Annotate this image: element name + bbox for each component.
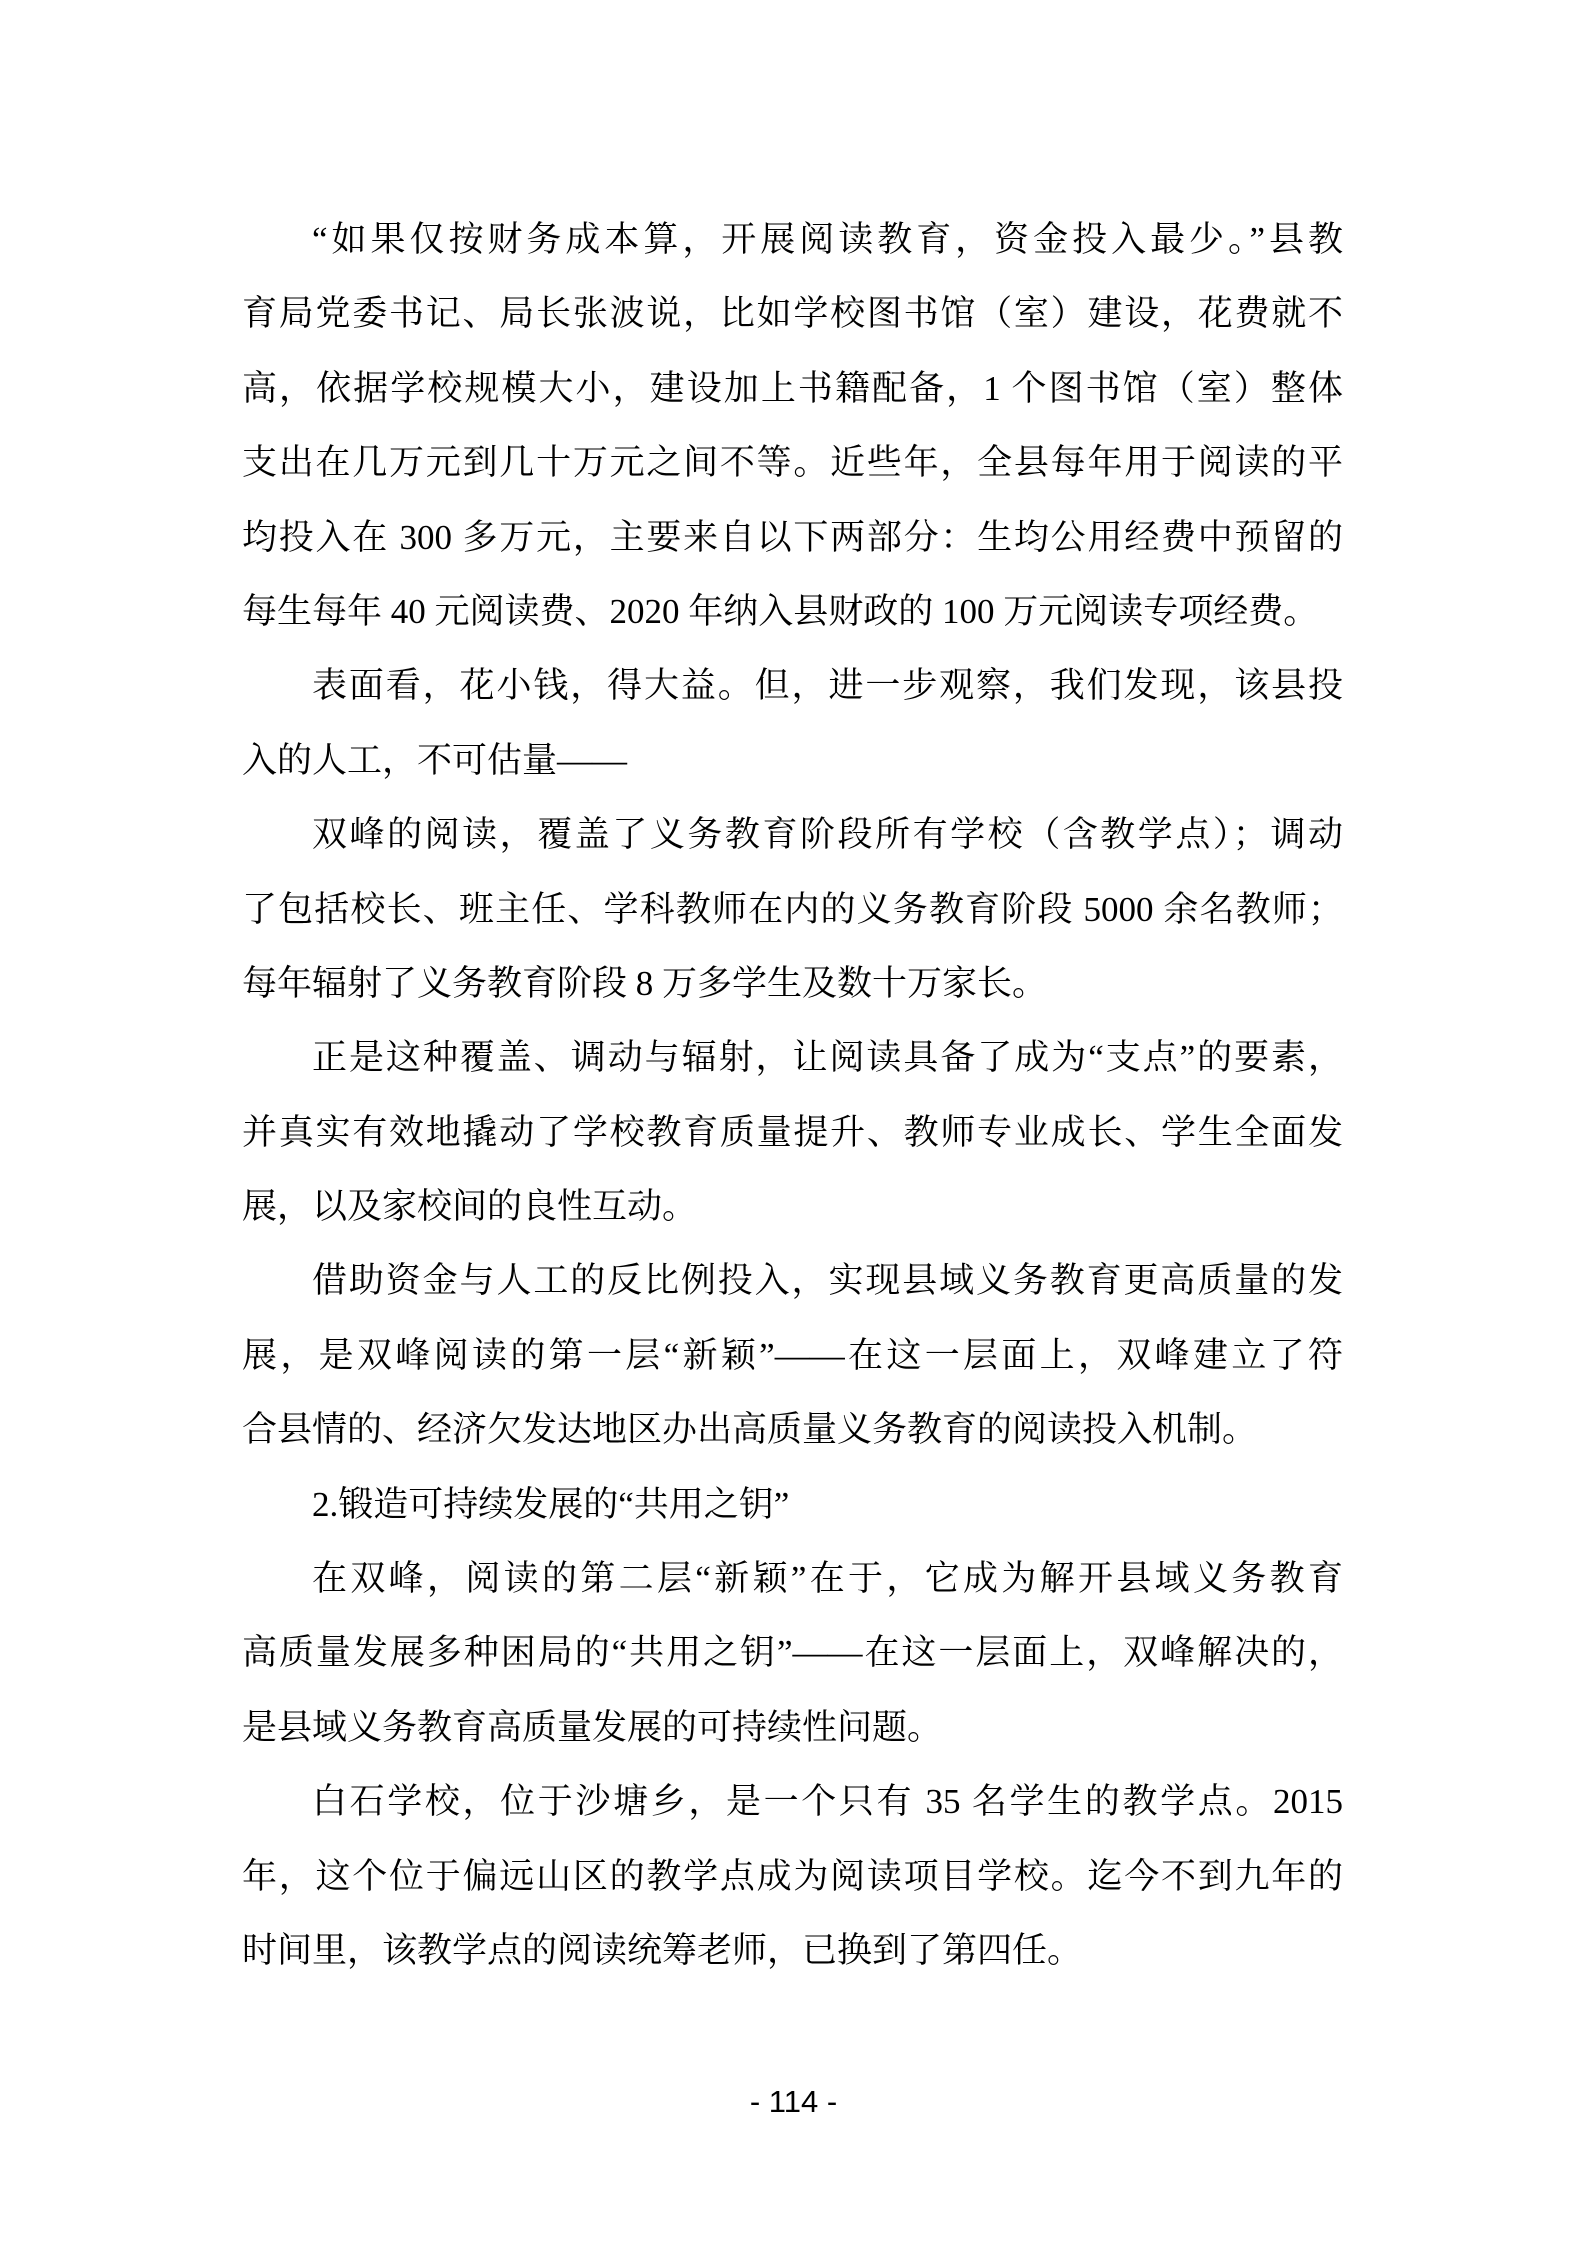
paragraph: “如果仅按财务成本算，开展阅读教育，资金投入最少。”县教育局党委书记、局长张波说… — [242, 203, 1343, 649]
text-line: “如果仅按财务成本算，开展阅读教育，资金投入最少。”县教 — [242, 203, 1343, 277]
text-line: 展，以及家校间的良性互动。 — [242, 1170, 1343, 1244]
text-line: 2.锻造可持续发展的“共用之钥” — [242, 1468, 1343, 1542]
paragraph: 2.锻造可持续发展的“共用之钥” — [242, 1468, 1343, 1542]
text-line: 在双峰，阅读的第二层“新颖”在于，它成为解开县域义务教育 — [242, 1542, 1343, 1616]
text-line: 借助资金与人工的反比例投入，实现县域义务教育更高质量的发 — [242, 1244, 1343, 1318]
text-line: 年，这个位于偏远山区的教学点成为阅读项目学校。迄今不到九年的 — [242, 1840, 1343, 1914]
text-line: 了包括校长、班主任、学科教师在内的义务教育阶段 5000 余名教师； — [242, 873, 1343, 947]
text-line: 支出在几万元到几十万元之间不等。近些年，全县每年用于阅读的平 — [242, 426, 1343, 500]
text-line: 展，是双峰阅读的第一层“新颖”——在这一层面上，双峰建立了符 — [242, 1319, 1343, 1393]
document-page: “如果仅按财务成本算，开展阅读教育，资金投入最少。”县教育局党委书记、局长张波说… — [0, 0, 1587, 2245]
text-line: 双峰的阅读，覆盖了义务教育阶段所有学校（含教学点）；调动 — [242, 798, 1343, 872]
text-line: 合县情的、经济欠发达地区办出高质量义务教育的阅读投入机制。 — [242, 1393, 1343, 1467]
text-line: 育局党委书记、局长张波说，比如学校图书馆（室）建设，花费就不 — [242, 277, 1343, 351]
text-line: 均投入在 300 多万元，主要来自以下两部分：生均公用经费中预留的 — [242, 501, 1343, 575]
text-line: 正是这种覆盖、调动与辐射，让阅读具备了成为“支点”的要素， — [242, 1021, 1343, 1095]
paragraph: 表面看，花小钱，得大益。但，进一步观察，我们发现，该县投入的人工，不可估量—— — [242, 649, 1343, 798]
page-number: - 114 - — [0, 2082, 1587, 2122]
text-line: 每生每年 40 元阅读费、2020 年纳入县财政的 100 万元阅读专项经费。 — [242, 575, 1343, 649]
text-line: 表面看，花小钱，得大益。但，进一步观察，我们发现，该县投 — [242, 649, 1343, 723]
text-line: 时间里，该教学点的阅读统筹老师，已换到了第四任。 — [242, 1914, 1343, 1988]
paragraph: 在双峰，阅读的第二层“新颖”在于，它成为解开县域义务教育高质量发展多种困局的“共… — [242, 1542, 1343, 1765]
text-line: 入的人工，不可估量—— — [242, 724, 1343, 798]
document-body: “如果仅按财务成本算，开展阅读教育，资金投入最少。”县教育局党委书记、局长张波说… — [242, 203, 1343, 1988]
text-line: 高，依据学校规模大小，建设加上书籍配备，1 个图书馆（室）整体 — [242, 352, 1343, 426]
text-line: 是县域义务教育高质量发展的可持续性问题。 — [242, 1691, 1343, 1765]
paragraph: 正是这种覆盖、调动与辐射，让阅读具备了成为“支点”的要素，并真实有效地撬动了学校… — [242, 1021, 1343, 1244]
paragraph: 白石学校，位于沙塘乡，是一个只有 35 名学生的教学点。2015年，这个位于偏远… — [242, 1765, 1343, 1988]
paragraph: 借助资金与人工的反比例投入，实现县域义务教育更高质量的发展，是双峰阅读的第一层“… — [242, 1244, 1343, 1467]
text-line: 高质量发展多种困局的“共用之钥”——在这一层面上，双峰解决的， — [242, 1616, 1343, 1690]
text-line: 白石学校，位于沙塘乡，是一个只有 35 名学生的教学点。2015 — [242, 1765, 1343, 1839]
paragraph: 双峰的阅读，覆盖了义务教育阶段所有学校（含教学点）；调动了包括校长、班主任、学科… — [242, 798, 1343, 1021]
text-line: 并真实有效地撬动了学校教育质量提升、教师专业成长、学生全面发 — [242, 1096, 1343, 1170]
text-line: 每年辐射了义务教育阶段 8 万多学生及数十万家长。 — [242, 947, 1343, 1021]
